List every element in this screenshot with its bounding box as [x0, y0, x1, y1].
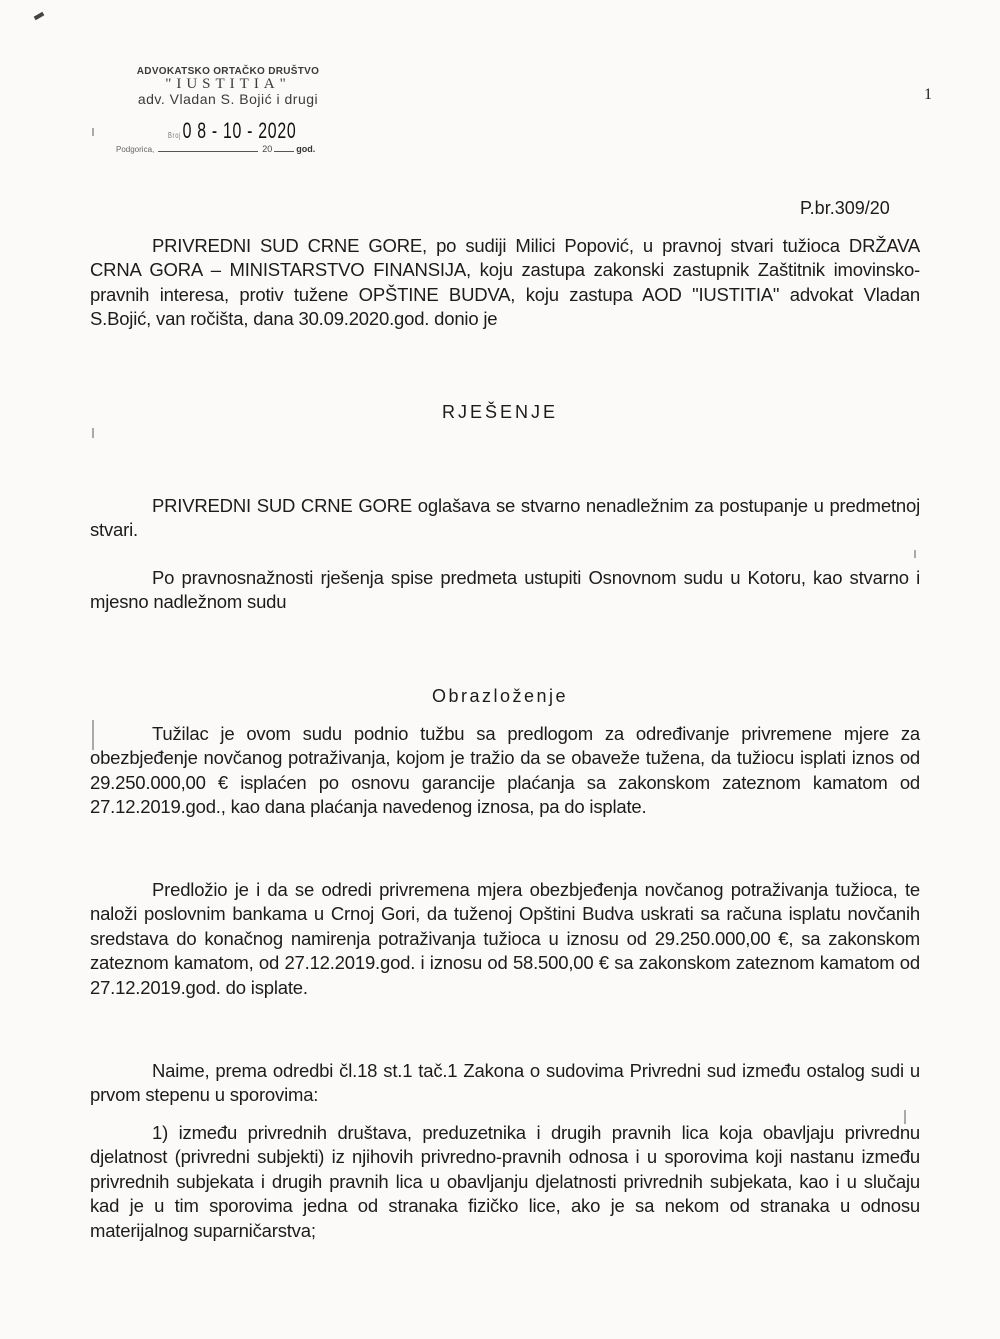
stamp-attorney: adv. Vladan S. Bojić i drugi	[108, 91, 348, 107]
stamp-broj-label: Broj	[168, 131, 181, 140]
stamp-god-label: god.	[296, 144, 315, 154]
stamp-date-value: 0 8 - 10 - 2020	[183, 118, 297, 143]
reasoning-paragraph-1: Tužilac je ovom sudu podnio tužbu sa pre…	[90, 722, 920, 820]
ruling-title: RJEŠENJE	[0, 402, 1000, 423]
case-number: P.br.309/20	[800, 198, 890, 219]
scan-mark	[92, 428, 94, 438]
stamp-firm-name: "IUSTITIA"	[108, 78, 348, 91]
pen-mark	[34, 12, 45, 20]
ruling-paragraph-1: PRIVREDNI SUD CRNE GORE oglašava se stva…	[90, 494, 920, 543]
page-number: 1	[924, 86, 932, 104]
scan-mark	[904, 1110, 906, 1124]
intro-paragraph: PRIVREDNI SUD CRNE GORE, po sudiji Milic…	[90, 234, 920, 332]
reasoning-title: Obrazloženje	[0, 686, 1000, 707]
scan-mark	[92, 720, 94, 750]
ruling-paragraph-2: Po pravnosnažnosti rješenja spise predme…	[90, 566, 920, 615]
reasoning-paragraph-3: Naime, prema odredbi čl.18 st.1 tač.1 Za…	[90, 1059, 920, 1108]
reasoning-paragraph-2: Predložio je i da se odredi privremena m…	[90, 878, 920, 1000]
reasoning-paragraph-4: 1) između privrednih društava, preduzetn…	[90, 1121, 920, 1243]
scan-mark	[92, 128, 94, 136]
stamp-received-date: Broj0 8 - 10 - 2020	[168, 118, 296, 144]
law-firm-stamp: ADVOKATSKO ORTAČKO DRUŠTVO "IUSTITIA" ad…	[108, 66, 348, 107]
scan-mark	[914, 550, 916, 558]
court-document-page: ADVOKATSKO ORTAČKO DRUŠTVO "IUSTITIA" ad…	[0, 0, 1000, 1339]
stamp-year-prefix: 20	[262, 144, 272, 154]
stamp-city-line: Podgorica,20god.	[116, 144, 315, 154]
stamp-city-label: Podgorica,	[116, 145, 154, 154]
